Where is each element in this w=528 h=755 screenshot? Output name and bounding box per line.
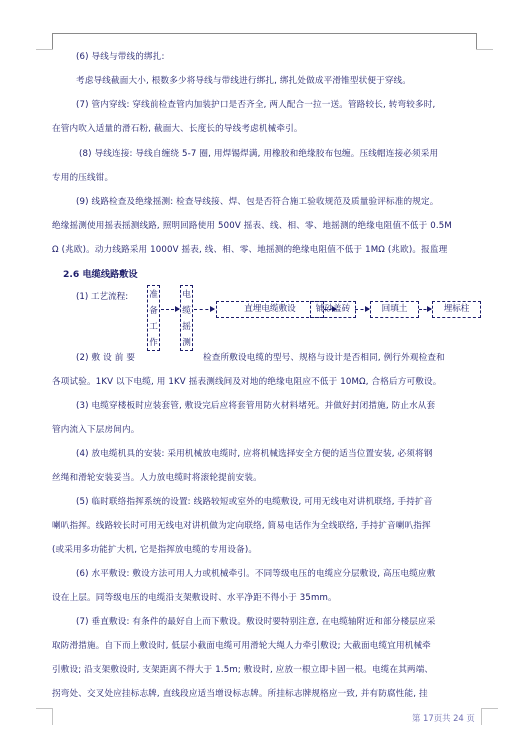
item-5-line-3: (或采用多功能扩大机, 它是指挥放电缆的专用设备)。: [52, 544, 257, 556]
header-right-corner: [476, 49, 493, 50]
paragraph-6-body: 考虑导线截面大小, 根数多少将导线与带线进行绑扎, 绑扎处做成平滑锥型状便于穿线…: [76, 75, 411, 87]
flow-box-char: 摇: [181, 319, 192, 335]
item-4-line-2: 丝绳和滑轮安装妥当。人力放电缆时将滚轮提前安装。: [52, 472, 262, 484]
flow-arrow: [355, 309, 369, 310]
item-6-line-2: 设在上层。同等级电压的电缆沿支架敷设时、水平净距不得小于 35mm。: [52, 592, 337, 604]
footer-right-corner-v: [481, 708, 482, 725]
flow-box-char: 电: [181, 287, 192, 303]
flow-box-sand-brick: 铺砂盖砖: [310, 301, 356, 318]
flow-arrow: [161, 309, 179, 310]
item-6-line-1: (6) 水平敷设: 敷设方法可用人力或机械牵引。不同等级电压的电缆应分层敷设, …: [76, 568, 435, 580]
flow-arrow: [419, 309, 431, 310]
paragraph-7-line-1: (7) 管内穿线: 穿线前检查管内加装护口是否齐全, 两人配合一拉一送。管路较长…: [76, 99, 435, 111]
paragraph-7-line-2: 在管内吹入适量的滑石粉, 截面大、长度长的导线考虑机械牵引。: [52, 123, 303, 135]
flow-box-char: 测: [181, 335, 192, 351]
flow-box-marker-post: 埋标柱: [432, 301, 481, 318]
header-left-corner: [36, 49, 53, 50]
flow-box-direct-burial: 直埋电缆敷设: [216, 301, 324, 318]
paragraph-9-line-1: (9) 线路检查及绝缘摇测: 检查导线接、焊、包是否符合施工验收规范及质量验评标…: [76, 196, 438, 208]
section-heading: 2.6 电缆线路敷设: [63, 266, 138, 280]
item-5-line-2: 喇叭指挥。线路较长时可用无线电对讲机做为定向联络, 简易电话作为全线联络, 手持…: [52, 520, 431, 532]
header-rule: [52, 33, 477, 34]
flow-box-prepare: 准 备 工 作: [147, 285, 160, 351]
page-number: 第 17页共 24 页: [412, 712, 475, 724]
paragraph-8-line-1: (8) 导线连接: 导线自缠绕 5-7 圈, 用焊锡焊满, 用橡胶和绝缘胶布包缠…: [79, 148, 438, 160]
flow-arrow: [194, 309, 214, 310]
footer-right-corner-h: [481, 708, 498, 709]
flow-box-char: 备: [148, 303, 159, 319]
item-7-line-4: 拐弯处、交叉处应挂标志牌, 直线段应适当增设标志牌。所挂标志牌规格应一致, 并有…: [52, 688, 428, 700]
flow-box-cable-test: 电 缆 摇 测: [180, 285, 193, 351]
paragraph-6-title: (6) 导线与带线的绑扎:: [76, 51, 165, 63]
paragraph-8-line-2: 专用的压线钳。: [52, 172, 113, 184]
footer-left-corner-v: [52, 708, 53, 725]
flow-box-char: 准: [148, 287, 159, 303]
flow-box-char: 工: [148, 319, 159, 335]
item-5-line-1: (5) 临时联络指挥系统的设置: 线路较短或室外的电缆敷设, 可用无线电对讲机联…: [76, 496, 432, 508]
flow-box-char: 缆: [181, 303, 192, 319]
item-2-line-1b: 检查所敷设电缆的型号、规格与设计是否相同, 例行外观检查和: [203, 352, 445, 364]
item-2-line-1a: (2) 敷 设 前 要: [76, 352, 135, 364]
header-right-tick: [476, 33, 477, 49]
paragraph-9-line-2: 绝缘摇测使用摇表摇测线路, 照明回路使用 500V 摇表、线、相、零、地摇测的绝…: [52, 220, 452, 232]
item-3-line-2: 管内流入下层房间内。: [52, 424, 139, 436]
item-7-line-2: 取防滑措施。自下而上敷设时, 低层小截面电缆可用滑轮大绳人力牵引敷设; 大截面电…: [52, 640, 431, 652]
item-7-line-3: 引敷设; 沿支架敷设时, 支架距离不得大于 1.5m; 敷设时, 应放一根立即卡…: [52, 664, 433, 676]
flow-label: (1) 工艺流程:: [76, 290, 128, 302]
flow-box-backfill: 回填土: [370, 301, 419, 318]
flow-box-char: 作: [148, 335, 159, 351]
item-7-line-1: (7) 垂直敷设: 有条件的最好自上而下敷设。敷设时要特别注意, 在电缆轴附近和…: [76, 616, 435, 628]
paragraph-9-line-3: Ω (兆欧)。动力线路采用 1000V 摇表, 线、相、零、地摇测的绝缘电阻值不…: [52, 244, 447, 256]
item-3-line-1: (3) 电缆穿楼板时应装套管, 敷设完后应将套管用防火材料堵死。并做好封闭措施,…: [76, 400, 435, 412]
footer-left-corner-h: [36, 708, 53, 709]
header-left-tick: [52, 33, 53, 49]
item-4-line-1: (4) 放电缆机具的安装: 采用机械放电缆时, 应将机械选择安全方便的适当位置安…: [76, 448, 432, 460]
item-2-line-2: 各项试验。1KV 以下电缆, 用 1KV 摇表测线间及对地的绝缘电阻应不低于 1…: [52, 376, 441, 388]
